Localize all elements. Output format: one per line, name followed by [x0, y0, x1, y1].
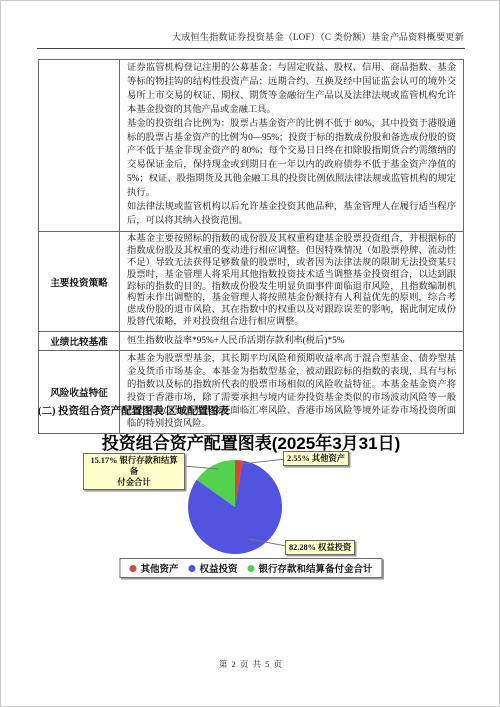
paragraph: 如法律法规或监管机构以后允许基金投资其他品种，基金管理人在履行适当程序后，可以将…	[127, 201, 456, 229]
row-label-investment-scope	[39, 60, 120, 232]
row-label-benchmark: 业绩比较基准	[39, 332, 120, 351]
callout-bank-line1: 15.17% 银行存款和结算备	[87, 455, 181, 477]
row-content-risk-return: 本基金为股票型基金，其长期平均风险和预期收益率高于混合型基金、债券型基金及货币市…	[120, 351, 464, 433]
leader-line-other	[241, 459, 286, 464]
legend-dot	[248, 565, 255, 572]
table-row: 证券监管机构登记注册的公募基金；与固定收益、股权、信用、商品指数、基金等标的物挂…	[39, 60, 464, 232]
chart-legend: 其他资产权益投资银行存款和结算备付金合计	[119, 558, 382, 578]
legend-label: 其他资产	[140, 561, 178, 575]
paragraph: 恒生指数收益率*95%+人民币活期存款利率(税后)*5%	[127, 335, 456, 347]
legend-item: 其他资产	[129, 561, 178, 575]
legend-item: 银行存款和结算备付金合计	[248, 561, 373, 575]
callout-equity: 82.28% 权益投资	[285, 540, 355, 555]
table-row: 业绩比较基准 恒生指数收益率*95%+人民币活期存款利率(税后)*5%	[39, 332, 464, 351]
legend-dot	[188, 565, 195, 572]
asset-allocation-chart: 投资组合资产配置图表(2025年3月31日) 15.17% 银行存款和结算备 付…	[1, 426, 500, 591]
document-header-title: 大成恒生指数证券投资基金（LOF）（C 类份额）基金产品资料概要更新	[38, 30, 464, 43]
page-number: 第 2 页 共 5 页	[1, 658, 500, 670]
fund-info-table: 证券监管机构登记注册的公募基金；与固定收益、股权、信用、商品指数、基金等标的物挂…	[38, 59, 464, 434]
callout-other-assets: 2.55% 其他资产	[283, 451, 349, 466]
header-divider	[37, 48, 465, 49]
paragraph: 基金的投资组合比例为：股票占基金资产的比例不低于 80%，其中投资于港股通标的股…	[127, 118, 456, 201]
row-label-main-strategy: 主要投资策略	[39, 231, 120, 331]
legend-label: 权益投资	[199, 561, 237, 575]
legend-item: 权益投资	[188, 561, 237, 575]
paragraph: 证券监管机构登记注册的公募基金；与固定收益、股权、信用、商品指数、基金等标的物挂…	[127, 62, 456, 118]
table-row: 风险收益特征 本基金为股票型基金，其长期平均风险和预期收益率高于混合型基金、债券…	[39, 351, 464, 433]
row-label-risk-return: 风险收益特征	[39, 351, 120, 433]
section-heading: (二) 投资组合资产配置图表/区域配置图表	[38, 403, 464, 418]
document-page: 大成恒生指数证券投资基金（LOF）（C 类份额）基金产品资料概要更新 证券监管机…	[0, 0, 500, 707]
callout-bank-line2: 付金合计	[87, 477, 181, 488]
paragraph: 本基金主要按照标的指数的成份股及其权重构建基金股票投资组合，并根据标的指数成份股…	[127, 234, 456, 329]
legend-dot	[129, 565, 136, 572]
pie-slices	[188, 460, 282, 554]
row-content-main-strategy: 本基金主要按照标的指数的成份股及其权重构建基金股票投资组合，并根据标的指数成份股…	[120, 231, 464, 331]
row-content-benchmark: 恒生指数收益率*95%+人民币活期存款利率(税后)*5%	[120, 332, 464, 351]
callout-bank-deposits: 15.17% 银行存款和结算备 付金合计	[83, 453, 185, 490]
row-content-investment-scope: 证券监管机构登记注册的公募基金；与固定收益、股权、信用、商品指数、基金等标的物挂…	[120, 60, 464, 232]
paragraph: 本基金为股票型基金，其长期平均风险和预期收益率高于混合型基金、债券型基金及货币市…	[127, 353, 456, 430]
legend-label: 银行存款和结算备付金合计	[259, 561, 373, 575]
table-row: 主要投资策略 本基金主要按照标的指数的成份股及其权重构建基金股票投资组合，并根据…	[39, 231, 464, 331]
